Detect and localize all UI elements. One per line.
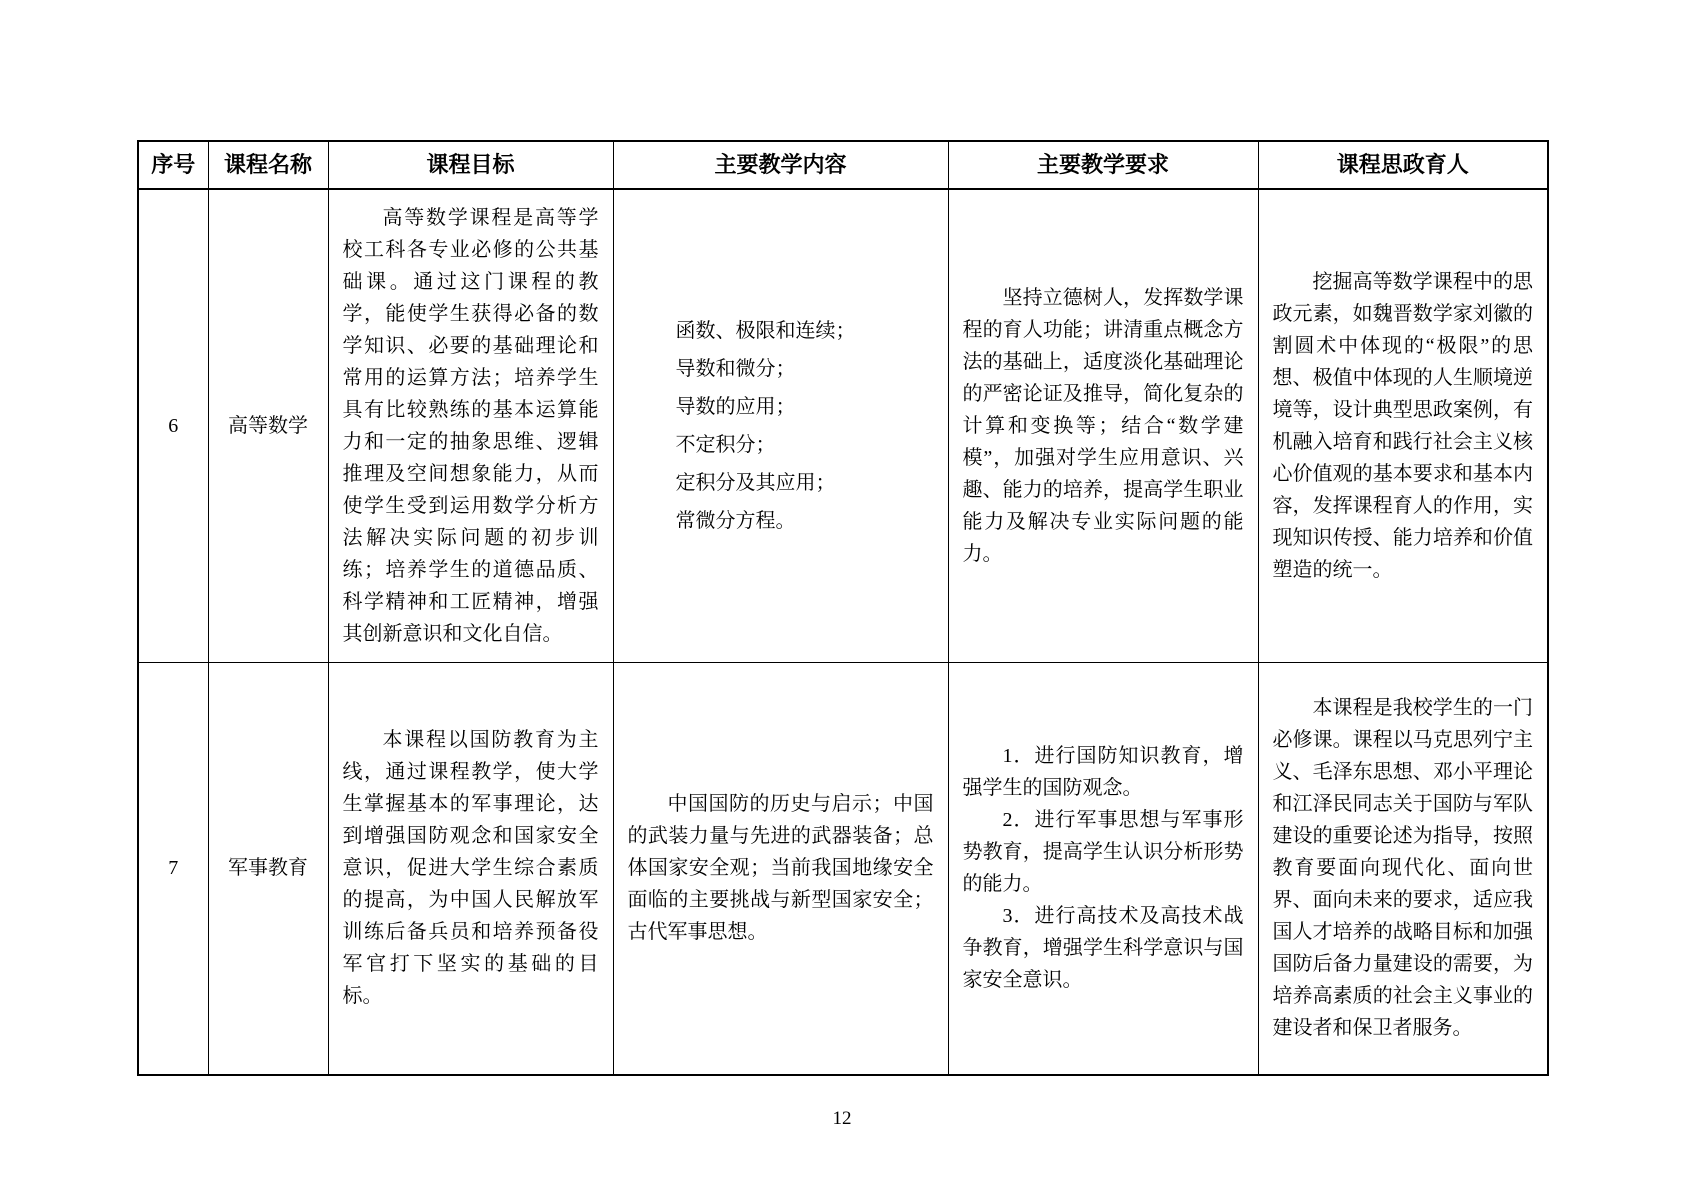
content-line: 常微分方程。 — [676, 502, 934, 540]
cell-requirements: 坚持立德树人，发挥数学课程的育人功能；讲清重点概念方法的基础上，适度淡化基础理论… — [948, 189, 1258, 663]
content-line: 定积分及其应用； — [676, 464, 934, 502]
header-objectives: 课程目标 — [328, 141, 613, 189]
requirements-paragraph: 坚持立德树人，发挥数学课程的育人功能；讲清重点概念方法的基础上，适度淡化基础理论… — [963, 282, 1244, 570]
objectives-paragraph: 本课程以国防教育为主线，通过课程教学，使大学生掌握基本的军事理论，达到增强国防观… — [343, 724, 599, 1012]
requirements-item: 2．进行军事思想与军事形势教育，提高学生认识分析形势的能力。 — [963, 804, 1244, 900]
content-line: 导数和微分； — [676, 350, 934, 388]
objectives-paragraph: 高等数学课程是高等学校工科各专业必修的公共基础课。通过这门课程的教学，能使学生获… — [343, 202, 599, 650]
ideology-paragraph: 挖掘高等数学课程中的思政元素，如魏晋数学家刘徽的割圆术中体现的“极限”的思想、极… — [1273, 266, 1534, 586]
cell-content: 函数、极限和连续； 导数和微分； 导数的应用； 不定积分； 定积分及其应用； 常… — [613, 189, 948, 663]
cell-course-name: 军事教育 — [208, 663, 328, 1075]
header-row: 序号 课程名称 课程目标 主要教学内容 主要教学要求 课程思政育人 — [138, 141, 1548, 189]
cell-index: 7 — [138, 663, 208, 1075]
cell-ideology: 挖掘高等数学课程中的思政元素，如魏晋数学家刘徽的割圆术中体现的“极限”的思想、极… — [1258, 189, 1548, 663]
header-course-name: 课程名称 — [208, 141, 328, 189]
header-ideology: 课程思政育人 — [1258, 141, 1548, 189]
cell-objectives: 本课程以国防教育为主线，通过课程教学，使大学生掌握基本的军事理论，达到增强国防观… — [328, 663, 613, 1075]
table-row-course-7: 7 军事教育 本课程以国防教育为主线，通过课程教学，使大学生掌握基本的军事理论，… — [138, 663, 1548, 1075]
cell-ideology: 本课程是我校学生的一门必修课。课程以马克思列宁主义、毛泽东思想、邓小平理论和江泽… — [1258, 663, 1548, 1075]
document-page: 序号 课程名称 课程目标 主要教学内容 主要教学要求 课程思政育人 6 高等数学… — [0, 0, 1684, 1191]
page-number: 12 — [0, 1108, 1684, 1130]
table-row-course-6: 6 高等数学 高等数学课程是高等学校工科各专业必修的公共基础课。通过这门课程的教… — [138, 189, 1548, 663]
content-line: 函数、极限和连续； — [676, 312, 934, 350]
header-requirements: 主要教学要求 — [948, 141, 1258, 189]
cell-index: 6 — [138, 189, 208, 663]
header-content: 主要教学内容 — [613, 141, 948, 189]
content-paragraph: 中国国防的历史与启示；中国的武装力量与先进的武器装备；总体国家安全观；当前我国地… — [628, 788, 934, 948]
course-table: 序号 课程名称 课程目标 主要教学内容 主要教学要求 课程思政育人 6 高等数学… — [137, 140, 1549, 1076]
requirements-item: 3．进行高技术及高技术战争教育，增强学生科学意识与国家安全意识。 — [963, 900, 1244, 996]
content-list: 函数、极限和连续； 导数和微分； 导数的应用； 不定积分； 定积分及其应用； 常… — [628, 312, 934, 540]
cell-course-name: 高等数学 — [208, 189, 328, 663]
ideology-paragraph: 本课程是我校学生的一门必修课。课程以马克思列宁主义、毛泽东思想、邓小平理论和江泽… — [1273, 692, 1534, 1044]
content-line: 不定积分； — [676, 426, 934, 464]
header-index: 序号 — [138, 141, 208, 189]
content-line: 导数的应用； — [676, 388, 934, 426]
cell-requirements: 1．进行国防知识教育，增强学生的国防观念。 2．进行军事思想与军事形势教育，提高… — [948, 663, 1258, 1075]
cell-objectives: 高等数学课程是高等学校工科各专业必修的公共基础课。通过这门课程的教学，能使学生获… — [328, 189, 613, 663]
cell-content: 中国国防的历史与启示；中国的武装力量与先进的武器装备；总体国家安全观；当前我国地… — [613, 663, 948, 1075]
requirements-item: 1．进行国防知识教育，增强学生的国防观念。 — [963, 740, 1244, 804]
